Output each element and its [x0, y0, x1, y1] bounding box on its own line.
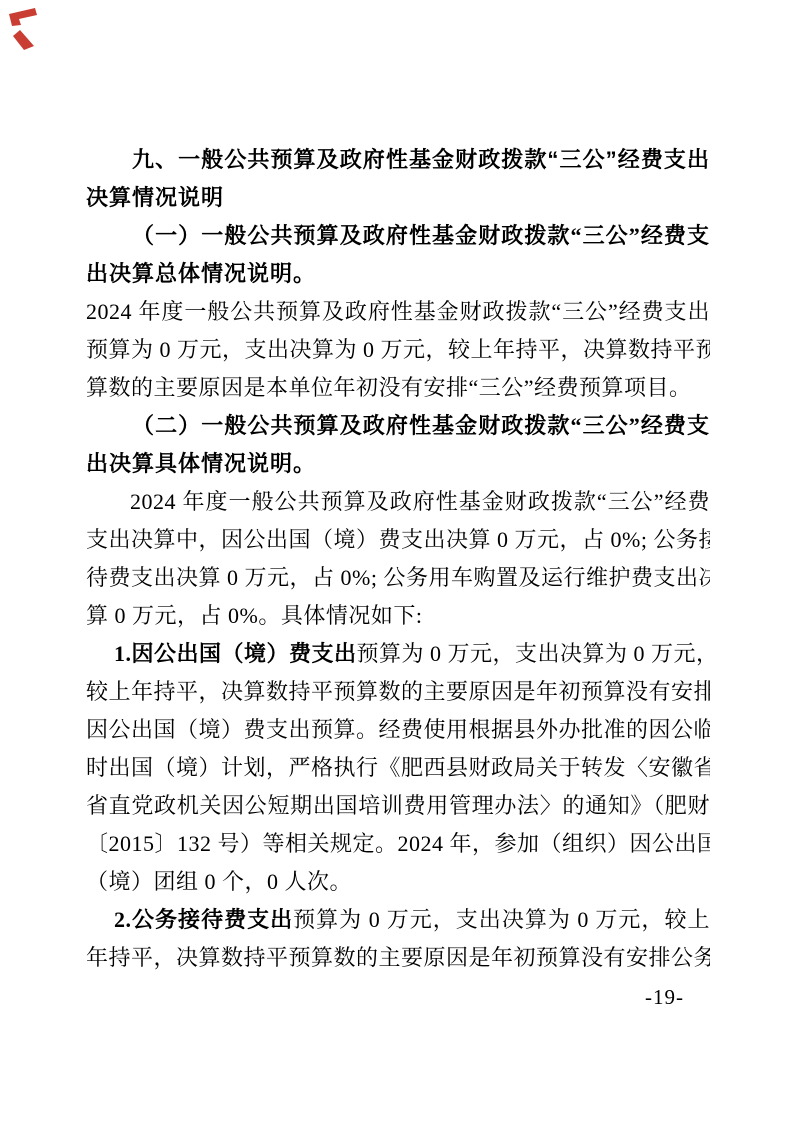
text-run: （一）一般公共预算及政府性基金财政拨款“三公”经费支 [132, 223, 710, 248]
text-run: 2024 年度一般公共预算及政府性基金财政拨款“三公”经费支出 [86, 299, 710, 324]
text-line: 较上年持平，决算数持平预算数的主要原因是年初预算没有安排 [86, 673, 710, 711]
text-run: 省直党政机关因公短期出国培训费用管理办法〉的通知》（肥财 [86, 793, 710, 818]
text-line: 2024 年度一般公共预算及政府性基金财政拨款“三公”经费支出 [86, 293, 710, 331]
text-run: 预算为 0 万元，支出决算为 0 万元， [357, 641, 710, 666]
text-line: 1.因公出国（境）费支出预算为 0 万元，支出决算为 0 万元， [86, 635, 710, 673]
text-line: 〔2015〕132 号）等相关规定。2024 年，参加（组织）因公出国 [86, 825, 710, 863]
text-line: （一）一般公共预算及政府性基金财政拨款“三公”经费支 [86, 217, 710, 255]
text-line: 2024 年度一般公共预算及政府性基金财政拨款“三公”经费 [86, 483, 710, 521]
text-line: 决算情况说明 [86, 179, 710, 217]
text-run: （二）一般公共预算及政府性基金财政拨款“三公”经费支 [132, 413, 710, 438]
text-line: 出决算总体情况说明。 [86, 255, 710, 293]
text-line: 算 0 万元，占 0%。具体情况如下: [86, 597, 710, 635]
text-line: 省直党政机关因公短期出国培训费用管理办法〉的通知》（肥财 [86, 787, 710, 825]
text-run: 出决算具体情况说明。 [86, 451, 316, 476]
text-line: （境）团组 0 个，0 人次。 [86, 863, 710, 901]
bold-run: 2.公务接待费支出 [114, 907, 293, 932]
text-run: 算 0 万元，占 0%。具体情况如下: [86, 603, 422, 628]
document-text: 九、一般公共预算及政府性基金财政拨款“三公”经费支出决算情况说明（一）一般公共预… [86, 141, 710, 977]
text-run: 〔2015〕132 号）等相关规定。2024 年，参加（组织）因公出国 [86, 831, 710, 856]
document-page: 九、一般公共预算及政府性基金财政拨款“三公”经费支出决算情况说明（一）一般公共预… [0, 0, 793, 1122]
text-run: （境）团组 0 个，0 人次。 [86, 869, 352, 894]
text-run: 支出决算中，因公出国（境）费支出决算 0 万元，占 0%; 公务接 [86, 527, 710, 552]
text-line: 出决算具体情况说明。 [86, 445, 710, 483]
text-line: 预算为 0 万元，支出决算为 0 万元，较上年持平，决算数持平预 [86, 331, 710, 369]
text-line: 九、一般公共预算及政府性基金财政拨款“三公”经费支出 [86, 141, 710, 179]
text-run: 出决算总体情况说明。 [86, 261, 316, 286]
section-9-heading: 九、一般公共预算及政府性基金财政拨款“三公”经费支出决算情况说明 [86, 141, 710, 217]
text-line: 2.公务接待费支出预算为 0 万元，支出决算为 0 万元，较上 [86, 901, 710, 939]
text-line: 算数的主要原因是本单位年初没有安排“三公”经费预算项目。 [86, 369, 710, 407]
text-line: 因公出国（境）费支出预算。经费使用根据县外办批准的因公临 [86, 711, 710, 749]
text-run: 因公出国（境）费支出预算。经费使用根据县外办批准的因公临 [86, 717, 710, 742]
bold-run: 1.因公出国（境）费支出 [114, 641, 357, 666]
text-line: 时出国（境）计划，严格执行《肥西县财政局关于转发〈安徽省 [86, 749, 710, 787]
text-line: 年持平，决算数持平预算数的主要原因是年初预算没有安排公务 [86, 939, 710, 977]
text-run: 待费支出决算 0 万元，占 0%; 公务用车购置及运行维护费支出决 [86, 565, 710, 590]
text-run: 预算为 0 万元，支出决算为 0 万元，较上年持平，决算数持平预 [86, 337, 710, 362]
text-run: 算数的主要原因是本单位年初没有安排“三公”经费预算项目。 [86, 375, 692, 400]
text-run: 预算为 0 万元，支出决算为 0 万元，较上 [293, 907, 710, 932]
red-stamp-fragment-icon [7, 4, 47, 54]
text-run: 2024 年度一般公共预算及政府性基金财政拨款“三公”经费 [130, 489, 710, 514]
subsection-2-heading: （二）一般公共预算及政府性基金财政拨款“三公”经费支出决算具体情况说明。 [86, 407, 710, 483]
text-line: （二）一般公共预算及政府性基金财政拨款“三公”经费支 [86, 407, 710, 445]
overall-situation-paragraph: 2024 年度一般公共预算及政府性基金财政拨款“三公”经费支出预算为 0 万元，… [86, 293, 710, 407]
text-run: 九、一般公共预算及政府性基金财政拨款“三公”经费支出 [132, 147, 710, 172]
text-run: 较上年持平，决算数持平预算数的主要原因是年初预算没有安排 [86, 679, 710, 704]
detail-summary-paragraph: 2024 年度一般公共预算及政府性基金财政拨款“三公”经费支出决算中，因公出国（… [86, 483, 710, 635]
item-2-reception-expense-paragraph: 2.公务接待费支出预算为 0 万元，支出决算为 0 万元，较上年持平，决算数持平… [86, 901, 710, 977]
text-line: 支出决算中，因公出国（境）费支出决算 0 万元，占 0%; 公务接 [86, 521, 710, 559]
subsection-1-heading: （一）一般公共预算及政府性基金财政拨款“三公”经费支出决算总体情况说明。 [86, 217, 710, 293]
page-number: -19- [645, 984, 684, 1010]
text-run: 时出国（境）计划，严格执行《肥西县财政局关于转发〈安徽省 [86, 755, 710, 780]
text-run: 决算情况说明 [86, 185, 224, 210]
item-1-abroad-expense-paragraph: 1.因公出国（境）费支出预算为 0 万元，支出决算为 0 万元，较上年持平，决算… [86, 635, 710, 901]
text-line: 待费支出决算 0 万元，占 0%; 公务用车购置及运行维护费支出决 [86, 559, 710, 597]
text-run: 年持平，决算数持平预算数的主要原因是年初预算没有安排公务 [86, 945, 710, 970]
